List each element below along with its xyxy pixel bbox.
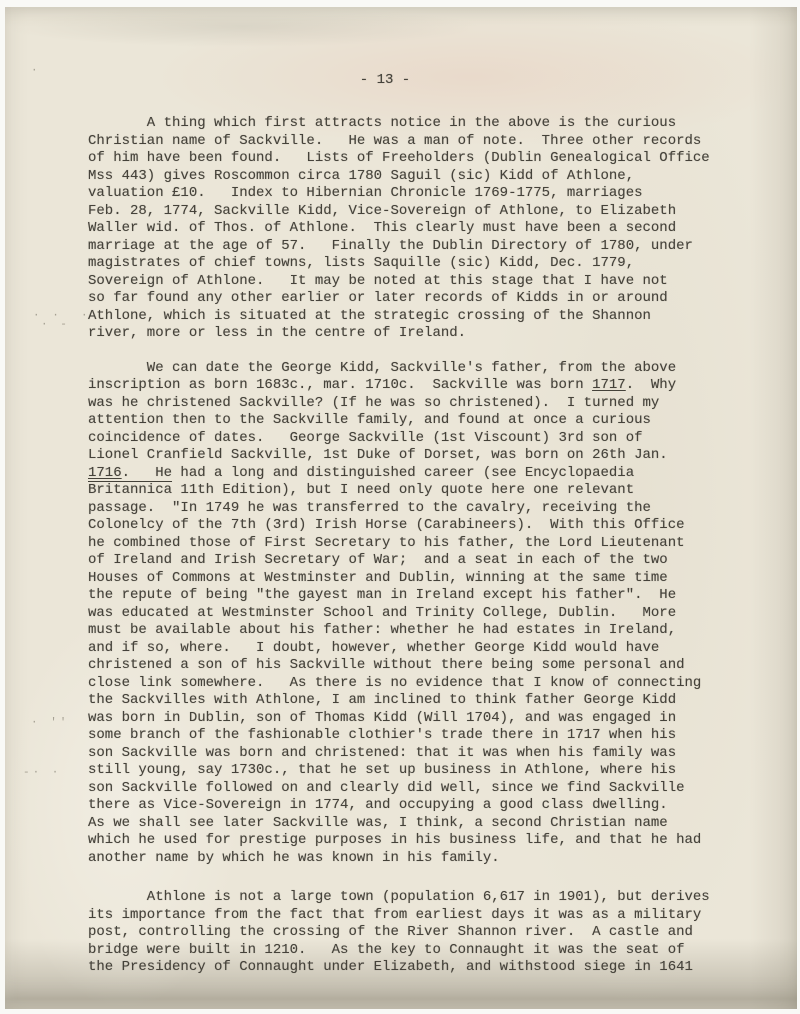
- text-line: Athlone, which is situated at the strate…: [88, 308, 736, 326]
- text-line: Lionel Cranfield Sackville, 1st Duke of …: [88, 447, 736, 465]
- text-line: there as Vice-Sovereign in 1774, and occ…: [88, 797, 736, 815]
- text-line: attention then to the Sackville family, …: [88, 412, 736, 430]
- text-segment: which he used for prestige purposes in h…: [88, 832, 701, 848]
- text-line: Mss 443) gives Roscommon circa 1780 Sagu…: [88, 168, 736, 186]
- text-line: Christian name of Sackville. He was a ma…: [88, 133, 736, 151]
- text-segment: Lionel Cranfield Sackville, 1st Duke of …: [88, 447, 668, 463]
- text-segment: Houses of Commons at Westminster and Dub…: [88, 570, 668, 586]
- text-segment: As we shall see later Sackville was, I t…: [88, 815, 668, 831]
- document-page: - 13 - A thing which first attracts noti…: [0, 0, 800, 1014]
- margin-mark: · · ·: [33, 310, 91, 322]
- page-number: - 13 -: [345, 72, 425, 88]
- text-line: coincidence of dates. George Sackville (…: [88, 430, 736, 448]
- text-segment: there as Vice-Sovereign in 1774, and occ…: [88, 797, 668, 813]
- text-segment: Athlone, which is situated at the strate…: [88, 308, 651, 324]
- margin-mark: -· ·: [23, 767, 61, 779]
- text-segment: was born in Dublin, son of Thomas Kidd (…: [88, 710, 676, 726]
- text-segment: 11th Edition), but I need only quote her…: [172, 482, 634, 498]
- text-line: son Sackville was born and christened: t…: [88, 745, 736, 763]
- text-segment: was he christened Sackville? (If he was …: [88, 395, 659, 411]
- text-segment: Waller wid. of Thos. of Athlone. This cl…: [88, 220, 676, 236]
- text-line: the Sackvilles with Athlone, I am inclin…: [88, 692, 736, 710]
- text-line: Waller wid. of Thos. of Athlone. This cl…: [88, 220, 736, 238]
- text-segment: the repute of being "the gayest man in I…: [88, 587, 676, 603]
- paragraph: We can date the George Kidd, Sackville's…: [88, 360, 736, 868]
- text-segment: christened a son of his Sackville withou…: [88, 657, 685, 673]
- margin-mark: · '': [31, 717, 69, 729]
- text-line: which he used for prestige purposes in h…: [88, 832, 736, 850]
- text-line: of him have been found. Lists of Freehol…: [88, 150, 736, 168]
- text-line: A thing which first attracts notice in t…: [88, 115, 736, 133]
- text-line: Britannica 11th Edition), but I need onl…: [88, 482, 736, 500]
- text-segment: . He had a long and distinguished career…: [122, 465, 634, 481]
- text-line: was born in Dublin, son of Thomas Kidd (…: [88, 710, 736, 728]
- text-segment: Athlone is not a large town (population …: [88, 889, 710, 905]
- text-line: Colonelcy of the 7th (3rd) Irish Horse (…: [88, 517, 736, 535]
- text-line: passage. "In 1749 he was transferred to …: [88, 500, 736, 518]
- text-line: the repute of being "the gayest man in I…: [88, 587, 736, 605]
- text-segment: marriage at the age of 57. Finally the D…: [88, 238, 693, 254]
- text-line: We can date the George Kidd, Sackville's…: [88, 360, 736, 378]
- text-line: christened a son of his Sackville withou…: [88, 657, 736, 675]
- paragraph: Athlone is not a large town (population …: [88, 889, 736, 977]
- text-line: must be available about his father: whet…: [88, 622, 736, 640]
- text-segment: Mss 443) gives Roscommon circa 1780 Sagu…: [88, 168, 634, 184]
- margin-mark: · -: [41, 319, 70, 331]
- text-line: so far found any other earlier or later …: [88, 290, 736, 308]
- text-segment: close link somewhere. As there is no evi…: [88, 675, 701, 691]
- text-segment: of him have been found. Lists of Freehol…: [88, 150, 710, 166]
- text-line: bridge were built in 1210. As the key to…: [88, 942, 736, 960]
- text-line: post, controlling the crossing of the Ri…: [88, 924, 736, 942]
- text-line: and if so, where. I doubt, however, whet…: [88, 640, 736, 658]
- text-segment: some branch of the fashionable clothier'…: [88, 727, 676, 743]
- text-segment: the Sackvilles with Athlone, I am inclin…: [88, 692, 676, 708]
- text-segment: river, more or less in the centre of Ire…: [88, 325, 466, 341]
- page-text: A thing which first attracts notice in t…: [88, 115, 736, 977]
- text-line: inscription as born 1683c., mar. 1710c. …: [88, 377, 736, 395]
- text-line: valuation £10. Index to Hibernian Chroni…: [88, 185, 736, 203]
- text-line: Sovereign of Athlone. It may be noted at…: [88, 273, 736, 291]
- text-line: marriage at the age of 57. Finally the D…: [88, 238, 736, 256]
- text-line: magistrates of chief towns, lists Saquil…: [88, 255, 736, 273]
- text-segment: magistrates of chief towns, lists Saquil…: [88, 255, 634, 271]
- text-segment: Sovereign of Athlone. It may be noted at…: [88, 273, 668, 289]
- text-line: 1716. He had a long and distinguished ca…: [88, 465, 736, 483]
- text-segment: Christian name of Sackville. He was a ma…: [88, 133, 701, 149]
- text-line: river, more or less in the centre of Ire…: [88, 325, 736, 343]
- text-line: close link somewhere. As there is no evi…: [88, 675, 736, 693]
- text-line: was educated at Westminster School and T…: [88, 605, 736, 623]
- text-segment: another name by which he was known in hi…: [88, 850, 500, 866]
- text-segment: . Why: [626, 377, 676, 393]
- text-segment: son Sackville was born and christened: t…: [88, 745, 676, 761]
- text-line: the Presidency of Connaught under Elizab…: [88, 959, 736, 977]
- text-line: he combined those of First Secretary to …: [88, 535, 736, 553]
- text-line: of Ireland and Irish Secretary of War; a…: [88, 552, 736, 570]
- text-segment: coincidence of dates. George Sackville (…: [88, 430, 643, 446]
- text-line: was he christened Sackville? (If he was …: [88, 395, 736, 413]
- text-line: Athlone is not a large town (population …: [88, 889, 736, 907]
- text-segment: We can date the George Kidd, Sackville's…: [88, 360, 676, 376]
- text-line: Houses of Commons at Westminster and Dub…: [88, 570, 736, 588]
- text-line: Feb. 28, 1774, Sackville Kidd, Vice-Sove…: [88, 203, 736, 221]
- text-segment: A thing which first attracts notice in t…: [88, 115, 676, 131]
- text-line: some branch of the fashionable clothier'…: [88, 727, 736, 745]
- text-segment: Colonelcy of the 7th (3rd) Irish Horse (…: [88, 517, 685, 533]
- text-segment: son Sackville followed on and clearly di…: [88, 780, 685, 796]
- text-line: son Sackville followed on and clearly di…: [88, 780, 736, 798]
- text-segment: and if so, where. I doubt, however, whet…: [88, 640, 659, 656]
- text-segment: the Presidency of Connaught under Elizab…: [88, 959, 693, 975]
- text-segment: its importance from the fact that from e…: [88, 907, 701, 923]
- text-line: As we shall see later Sackville was, I t…: [88, 815, 736, 833]
- text-segment: of Ireland and Irish Secretary of War; a…: [88, 552, 668, 568]
- text-segment: inscription as born 1683c., mar. 1710c. …: [88, 377, 592, 393]
- text-segment: passage. "In 1749 he was transferred to …: [88, 500, 651, 516]
- underlined-text: 1716: [88, 465, 122, 481]
- text-line: another name by which he was known in hi…: [88, 850, 736, 868]
- text-line: still young, say 1730c., that he set up …: [88, 762, 736, 780]
- margin-mark: ·: [31, 65, 41, 77]
- text-segment: Feb. 28, 1774, Sackville Kidd, Vice-Sove…: [88, 203, 676, 219]
- underlined-text: 1717: [592, 377, 626, 393]
- text-segment: still young, say 1730c., that he set up …: [88, 762, 676, 778]
- text-line: its importance from the fact that from e…: [88, 907, 736, 925]
- overlined-text: Britannica: [88, 482, 172, 498]
- paragraph: A thing which first attracts notice in t…: [88, 115, 736, 343]
- text-segment: so far found any other earlier or later …: [88, 290, 668, 306]
- text-segment: valuation £10. Index to Hibernian Chroni…: [88, 185, 643, 201]
- text-segment: bridge were built in 1210. As the key to…: [88, 942, 685, 958]
- text-segment: post, controlling the crossing of the Ri…: [88, 924, 693, 940]
- text-segment: attention then to the Sackville family, …: [88, 412, 651, 428]
- text-segment: was educated at Westminster School and T…: [88, 605, 676, 621]
- text-segment: he combined those of First Secretary to …: [88, 535, 685, 551]
- text-segment: must be available about his father: whet…: [88, 622, 676, 638]
